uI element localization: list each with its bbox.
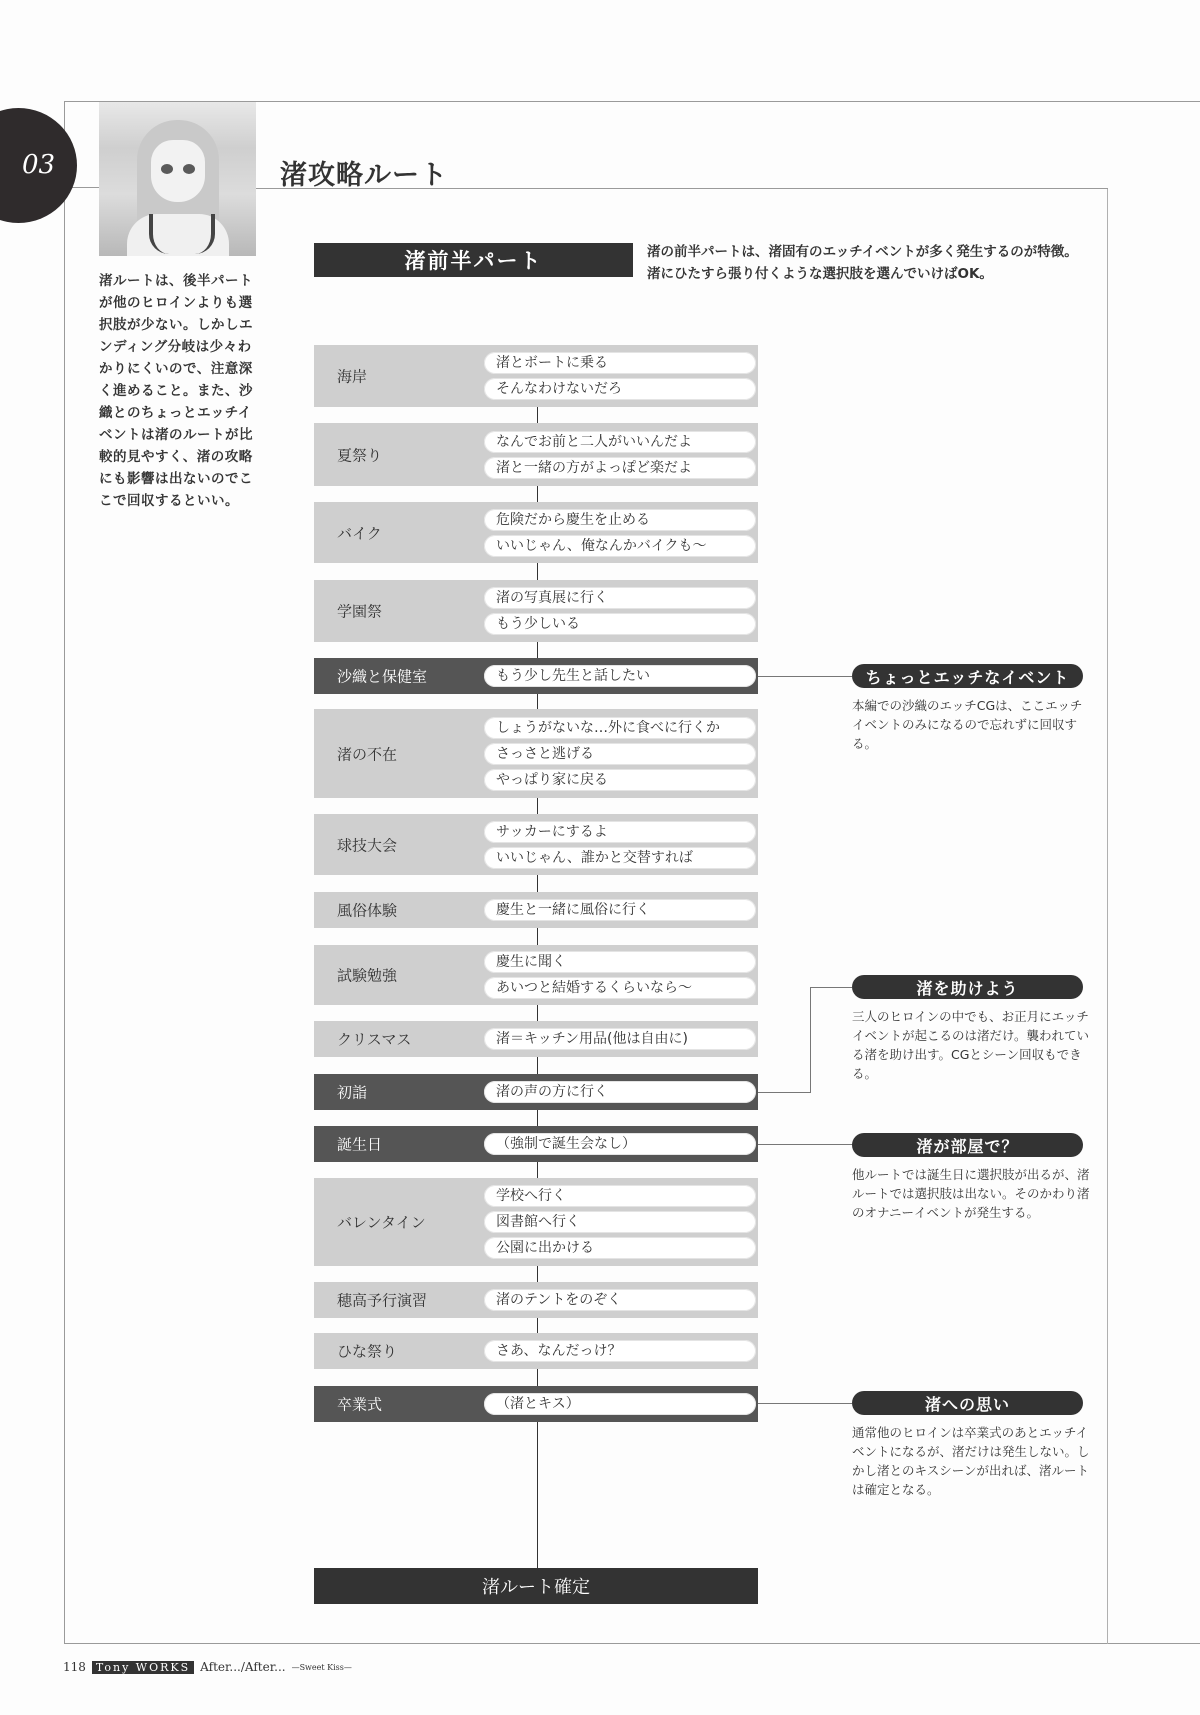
connector-line-2a <box>758 1092 810 1093</box>
flow-row: 試験勉強慶生に聞くあいつと結婚するくらいなら～ <box>314 945 758 1005</box>
callout-title-text: 渚が部屋で？ <box>916 1134 1018 1157</box>
choice-option: もう少し先生と話したい <box>484 665 756 687</box>
choice-list: 学校へ行く図書館へ行く公園に出かける <box>484 1185 756 1259</box>
page-footer: 118 Tony WORKS After.../After... —Sweet … <box>63 1660 352 1674</box>
choice-list: しょうがないな…外に食べに行くかさっさと逃げるやっぱり家に戻る <box>484 717 756 791</box>
callout-text-4: 通常他のヒロインは卒業式のあとエッチイベントになるが、渚だけは発生しない。しかし… <box>852 1423 1090 1499</box>
choice-option: 渚＝キッチン用品(他は自由に) <box>484 1028 756 1050</box>
event-name: 穂高予行演習 <box>337 1290 427 1311</box>
portrait-collar <box>149 214 215 254</box>
callout-title-2: 渚を助けよう <box>852 975 1083 999</box>
choice-list: もう少し先生と話したい <box>484 665 756 687</box>
choice-list: 慶生と一緒に風俗に行く <box>484 899 756 921</box>
event-name: 沙織と保健室 <box>337 666 427 687</box>
portrait-eye-right <box>183 164 195 174</box>
flow-row: 学園祭渚の写真展に行くもう少しいる <box>314 580 758 642</box>
page-title: 渚攻略ルート <box>280 153 448 192</box>
event-name: クリスマス <box>337 1029 411 1050</box>
callout-text-2: 三人のヒロインの中でも、お正月にエッチイベントが起こるのは渚だけ。襲われている渚… <box>852 1007 1090 1083</box>
flow-row: バレンタイン学校へ行く図書館へ行く公園に出かける <box>314 1178 758 1266</box>
flow-row: 卒業式（渚とキス） <box>314 1386 758 1422</box>
choice-list: 渚とボートに乗るそんなわけないだろ <box>484 352 756 400</box>
choice-option: なんでお前と二人がいいんだよ <box>484 431 756 453</box>
flow-row: 風俗体験慶生と一緒に風俗に行く <box>314 892 758 928</box>
callout-text-3: 他ルートでは誕生日に選択肢が出るが、渚ルートでは選択肢は出ない。そのかわり渚のオ… <box>852 1165 1090 1222</box>
flow-row: 海岸渚とボートに乗るそんなわけないだろ <box>314 345 758 407</box>
series-title: After.../After... <box>200 1660 285 1674</box>
choice-list: さあ、なんだっけ？ <box>484 1340 756 1362</box>
frame-left-line <box>64 101 65 1644</box>
flow-row: ひな祭りさあ、なんだっけ？ <box>314 1333 758 1369</box>
choice-option: もう少しいる <box>484 613 756 635</box>
flow-row: 沙織と保健室もう少し先生と話したい <box>314 658 758 694</box>
choice-list: 渚のテントをのぞく <box>484 1289 756 1311</box>
flow-row: 夏祭りなんでお前と二人がいいんだよ渚と一緒の方がよっぽど楽だよ <box>314 423 758 486</box>
choice-option: 図書館へ行く <box>484 1211 756 1233</box>
event-name: バイク <box>337 522 382 543</box>
final-result-bar: 渚ルート確定 <box>314 1568 758 1604</box>
event-name: 卒業式 <box>337 1394 382 1415</box>
section-header: 渚前半パート <box>314 243 633 277</box>
event-name: 夏祭り <box>337 444 382 465</box>
portrait-eye-left <box>161 164 173 174</box>
connector-line-4 <box>758 1403 852 1404</box>
choice-option: いいじゃん、誰かと交替すれば <box>484 847 756 869</box>
page-number: 118 <box>63 1660 86 1674</box>
event-name: 試験勉強 <box>337 965 397 986</box>
callout-title-1: ちょっとエッチなイベント <box>852 664 1083 688</box>
choice-option: 渚のテントをのぞく <box>484 1289 756 1311</box>
section-title: 渚前半パート <box>405 245 543 275</box>
event-name: 風俗体験 <box>337 900 397 921</box>
choice-option: 危険だから慶生を止める <box>484 509 756 531</box>
frame-bottom-line <box>64 1643 1200 1644</box>
connector-line-1 <box>758 676 852 677</box>
choice-list: 渚の写真展に行くもう少しいる <box>484 587 756 635</box>
event-name: ひな祭り <box>337 1341 397 1362</box>
choice-option: さっさと逃げる <box>484 743 756 765</box>
event-name: 球技大会 <box>337 834 397 855</box>
inner-right-border <box>1107 188 1108 1644</box>
flow-row: 渚の不在しょうがないな…外に食べに行くかさっさと逃げるやっぱり家に戻る <box>314 709 758 798</box>
event-name: 初詣 <box>337 1082 367 1103</box>
choice-option: 公園に出かける <box>484 1237 756 1259</box>
choice-option: やっぱり家に戻る <box>484 769 756 791</box>
choice-option: 渚の声の方に行く <box>484 1081 756 1103</box>
choice-option: 渚とボートに乗る <box>484 352 756 374</box>
event-name: 渚の不在 <box>337 743 397 764</box>
choice-list: 危険だから慶生を止めるいいじゃん、俺なんかバイクも～ <box>484 509 756 557</box>
choice-option: 学校へ行く <box>484 1185 756 1207</box>
event-name: 誕生日 <box>337 1134 382 1155</box>
choice-option: 慶生と一緒に風俗に行く <box>484 899 756 921</box>
choice-list: 慶生に聞くあいつと結婚するくらいなら～ <box>484 951 756 999</box>
choice-option: サッカーにするよ <box>484 821 756 843</box>
choice-option: （渚とキス） <box>484 1393 756 1415</box>
callout-title-text: 渚を助けよう <box>916 976 1018 999</box>
chapter-badge: 03 <box>0 108 77 223</box>
choice-list: 渚＝キッチン用品(他は自由に) <box>484 1028 756 1050</box>
callout-title-3: 渚が部屋で？ <box>852 1133 1083 1157</box>
section-description: 渚の前半パートは、渚固有のエッチイベントが多く発生するのが特徴。渚にひたすら張り… <box>647 241 1087 285</box>
flow-row: 誕生日（強制で誕生会なし） <box>314 1126 758 1162</box>
choice-list: なんでお前と二人がいいんだよ渚と一緒の方がよっぽど楽だよ <box>484 431 756 479</box>
choice-option: いいじゃん、俺なんかバイクも～ <box>484 535 756 557</box>
series-subtitle: —Sweet Kiss— <box>292 1663 352 1672</box>
flow-row: 穂高予行演習渚のテントをのぞく <box>314 1282 758 1318</box>
choice-option: 渚の写真展に行く <box>484 587 756 609</box>
character-portrait <box>99 102 256 256</box>
choice-option: しょうがないな…外に食べに行くか <box>484 717 756 739</box>
connector-line-2b <box>810 987 811 1093</box>
connector-line-2c <box>810 987 852 988</box>
sidebar-intro-text: 渚ルートは、後半パートが他のヒロインよりも選択肢が少ない。しかしエンディング分岐… <box>99 270 259 512</box>
callout-title-text: ちょっとエッチなイベント <box>866 665 1070 688</box>
choice-list: サッカーにするよいいじゃん、誰かと交替すれば <box>484 821 756 869</box>
choice-list: （渚とキス） <box>484 1393 756 1415</box>
final-result-label: 渚ルート確定 <box>482 1573 590 1599</box>
chapter-number: 03 <box>22 150 55 180</box>
choice-list: （強制で誕生会なし） <box>484 1133 756 1155</box>
portrait-face <box>151 140 205 202</box>
flow-row: 球技大会サッカーにするよいいじゃん、誰かと交替すれば <box>314 814 758 875</box>
flow-row: バイク危険だから慶生を止めるいいじゃん、俺なんかバイクも～ <box>314 502 758 563</box>
callout-title-4: 渚への思い <box>852 1391 1083 1415</box>
event-name: 海岸 <box>337 366 367 387</box>
choice-option: （強制で誕生会なし） <box>484 1133 756 1155</box>
event-name: バレンタイン <box>337 1212 426 1233</box>
event-name: 学園祭 <box>337 601 382 622</box>
callout-title-text: 渚への思い <box>925 1392 1010 1415</box>
flow-row: クリスマス渚＝キッチン用品(他は自由に) <box>314 1021 758 1057</box>
choice-option: あいつと結婚するくらいなら～ <box>484 977 756 999</box>
choice-list: 渚の声の方に行く <box>484 1081 756 1103</box>
flow-row: 初詣渚の声の方に行く <box>314 1074 758 1110</box>
brand-label: Tony WORKS <box>92 1661 194 1674</box>
connector-line-3 <box>758 1144 852 1145</box>
choice-option: 渚と一緒の方がよっぽど楽だよ <box>484 457 756 479</box>
callout-text-1: 本編での沙織のエッチCGは、ここエッチイベントのみになるので忘れずに回収する。 <box>852 696 1090 753</box>
choice-option: そんなわけないだろ <box>484 378 756 400</box>
choice-option: 慶生に聞く <box>484 951 756 973</box>
choice-option: さあ、なんだっけ？ <box>484 1340 756 1362</box>
